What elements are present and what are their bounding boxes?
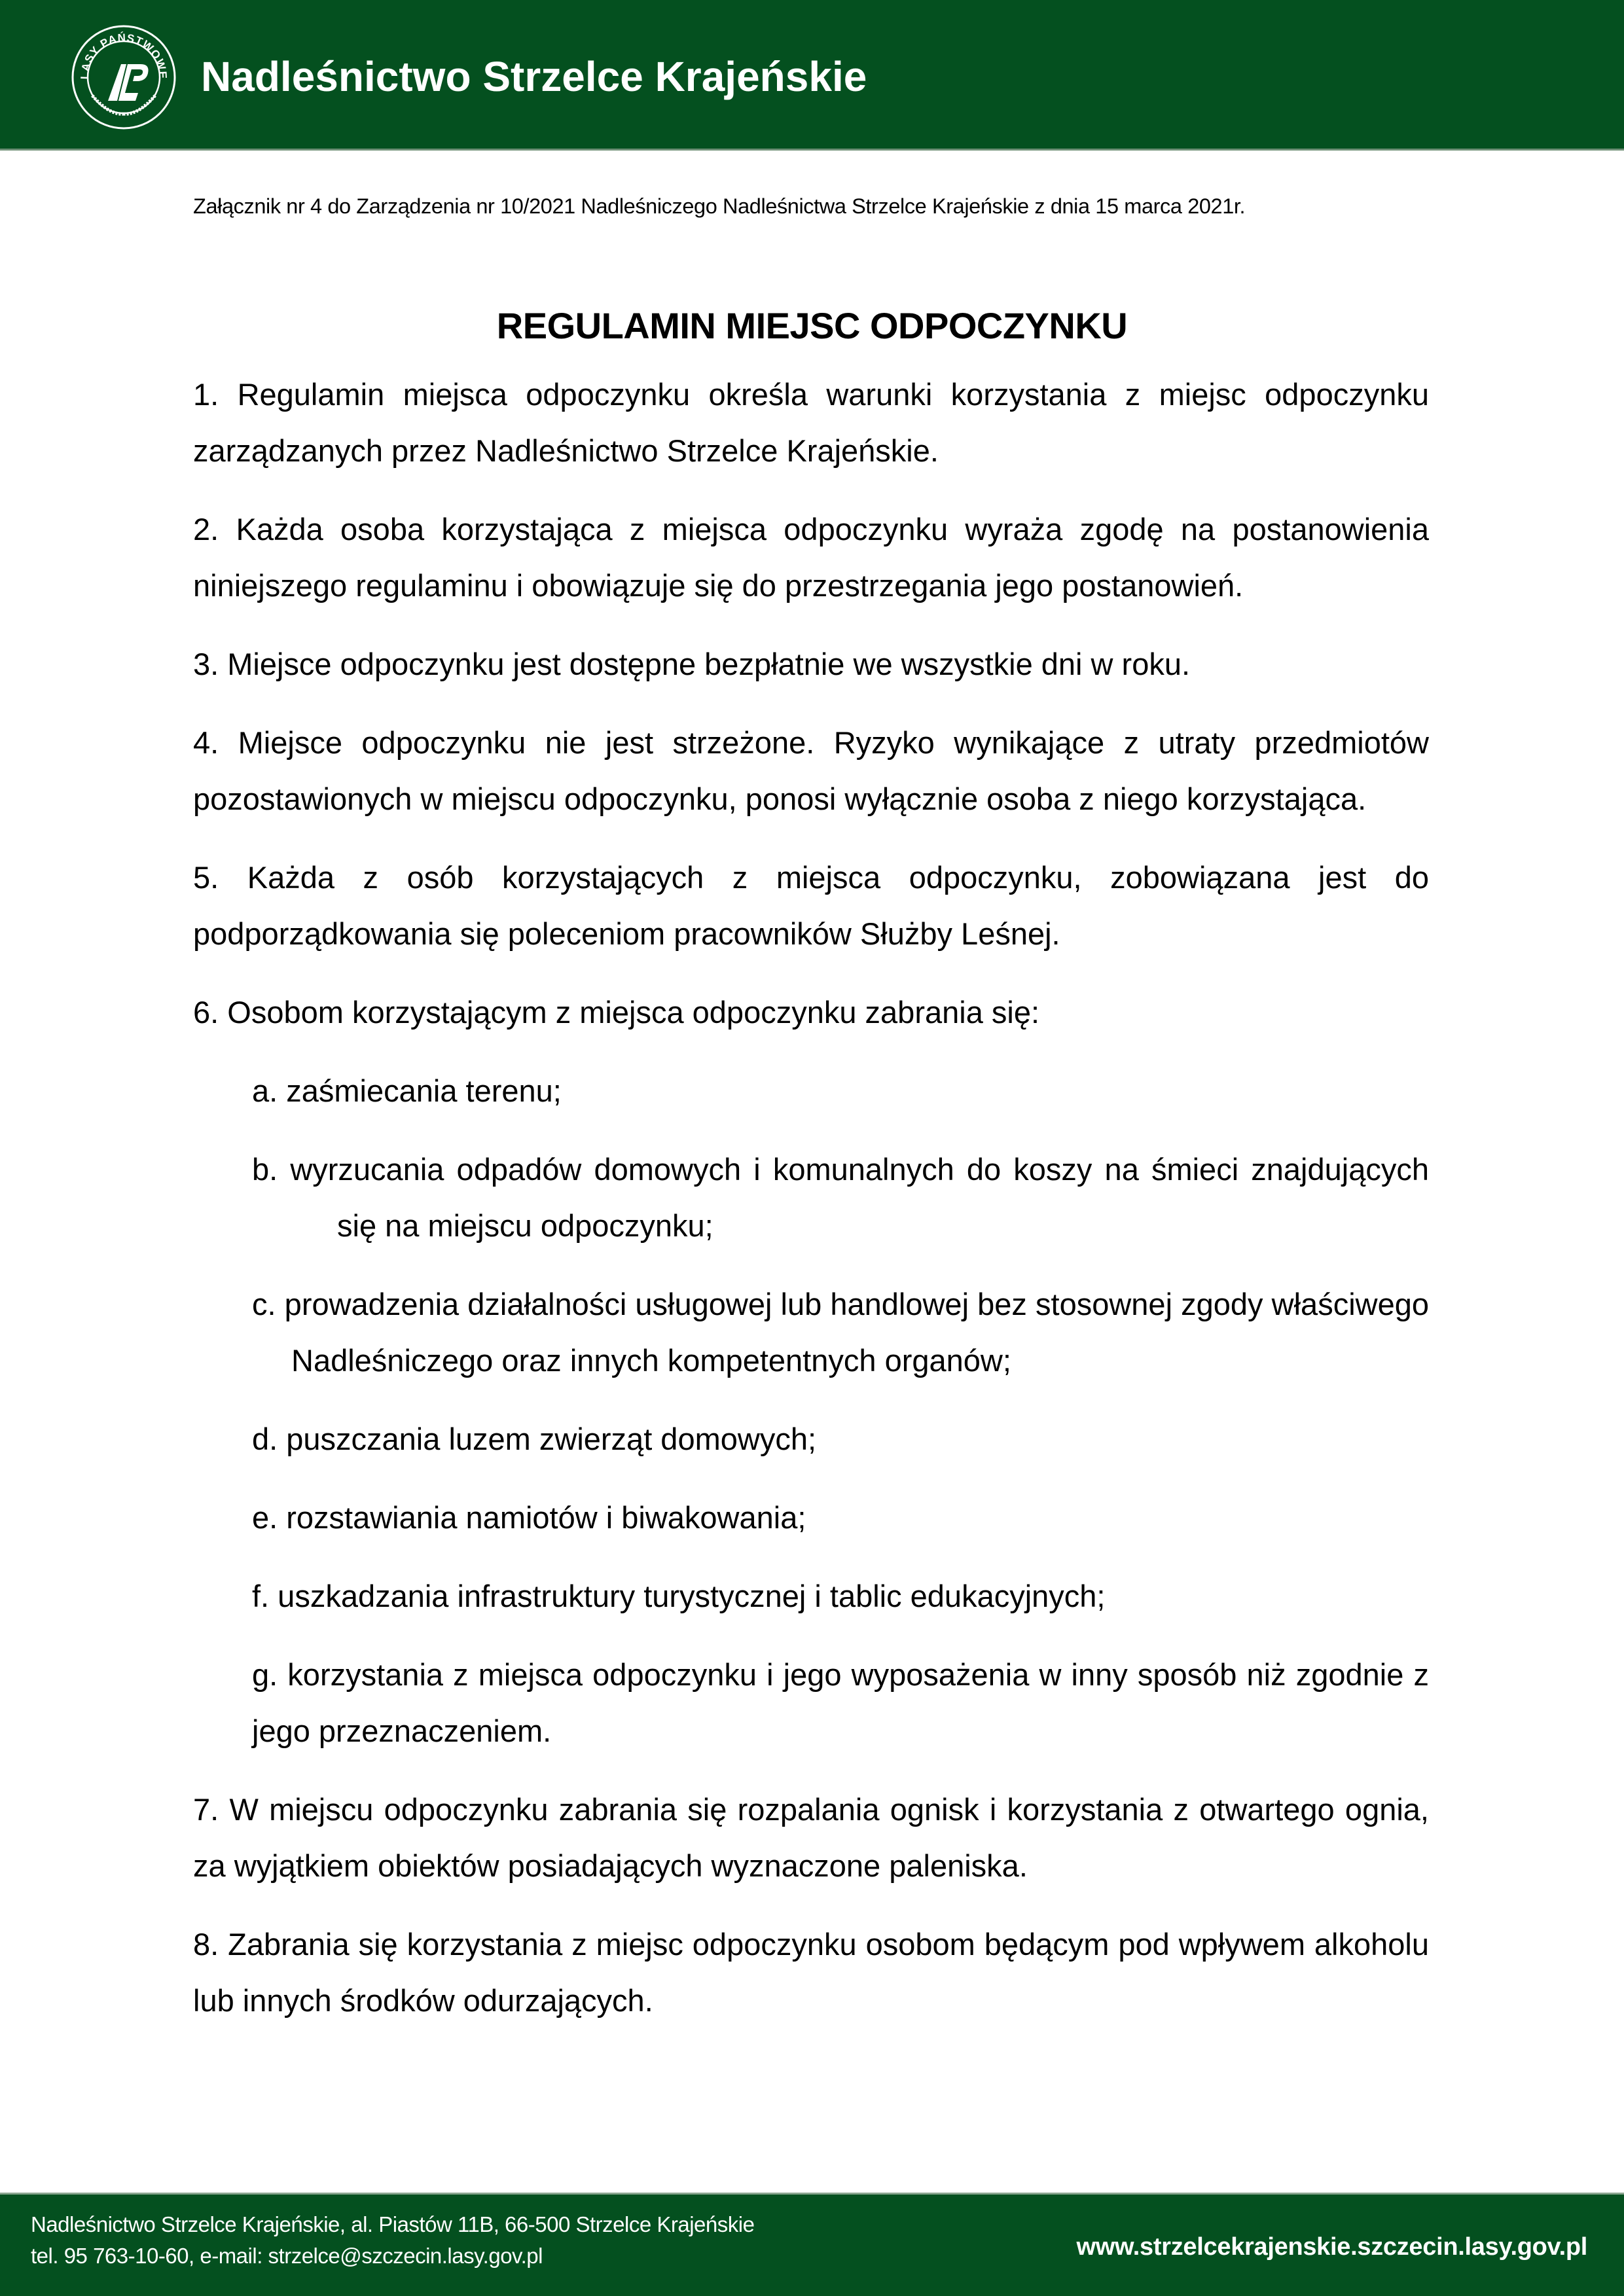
regulation-paragraph-3: 3. Miejsce odpoczynku jest dostępne bezp…	[193, 636, 1429, 692]
regulation-paragraph-1: 1. Regulamin miejsca odpoczynku określa …	[193, 367, 1429, 479]
footer-contact: Nadleśnictwo Strzelce Krajeńskie, al. Pi…	[31, 2209, 754, 2272]
prohibition-item-c-part1: c. prowadzenia działalności usługowej lu…	[252, 1287, 1429, 1321]
attachment-note: Załącznik nr 4 do Zarządzenia nr 10/2021…	[193, 192, 1245, 221]
page-header: LASY PAŃSTWOWE Nadleśnictwo Strzelce Kra…	[0, 0, 1624, 151]
document-title: REGULAMIN MIEJSC ODPOCZYNKU	[0, 302, 1624, 350]
regulation-paragraph-6: 6. Osobom korzystającym z miejsca odpocz…	[193, 984, 1429, 1041]
prohibition-item-e: e. rozstawiania namiotów i biwakowania;	[252, 1490, 1429, 1546]
prohibition-item-c-part2: Nadleśniczego oraz innych kompetentnych …	[291, 1343, 1011, 1378]
regulation-paragraph-8: 8. Zabrania się korzystania z miejsc odp…	[193, 1916, 1429, 2029]
regulations-body: 1. Regulamin miejsca odpoczynku określa …	[193, 367, 1429, 2051]
footer-phone-email[interactable]: tel. 95 763-10-60, e-mail: strzelce@szcz…	[31, 2240, 754, 2272]
lasy-panstwowe-logo-icon: LASY PAŃSTWOWE	[70, 24, 177, 131]
prohibition-item-g: g. korzystania z miejsca odpoczynku i je…	[252, 1647, 1429, 1759]
regulation-paragraph-4: 4. Miejsce odpoczynku nie jest strzeżone…	[193, 715, 1429, 827]
footer-website-link[interactable]: www.strzelcekrajenskie.szczecin.lasy.gov…	[1076, 2231, 1587, 2263]
prohibition-item-b-part2: się na miejscu odpoczynku;	[337, 1208, 713, 1243]
regulation-paragraph-2: 2. Każda osoba korzystająca z miejsca od…	[193, 501, 1429, 614]
regulation-paragraph-7: 7. W miejscu odpoczynku zabrania się roz…	[193, 1782, 1429, 1894]
prohibition-item-d: d. puszczania luzem zwierząt domowych;	[252, 1411, 1429, 1467]
prohibition-item-b: b. wyrzucania odpadów domowych i komunal…	[252, 1141, 1429, 1254]
prohibition-item-c: c. prowadzenia działalności usługowej lu…	[252, 1276, 1429, 1389]
regulation-paragraph-5: 5. Każda z osób korzystających z miejsca…	[193, 850, 1429, 962]
organization-title: Nadleśnictwo Strzelce Krajeńskie	[201, 47, 867, 106]
prohibition-item-f: f. uszkadzania infrastruktury turystyczn…	[252, 1568, 1429, 1624]
prohibition-item-b-part1: b. wyrzucania odpadów domowych i komunal…	[252, 1152, 1429, 1187]
footer-address: Nadleśnictwo Strzelce Krajeńskie, al. Pi…	[31, 2209, 754, 2240]
page-footer: Nadleśnictwo Strzelce Krajeńskie, al. Pi…	[0, 2193, 1624, 2296]
prohibition-item-a: a. zaśmiecania terenu;	[252, 1063, 1429, 1119]
